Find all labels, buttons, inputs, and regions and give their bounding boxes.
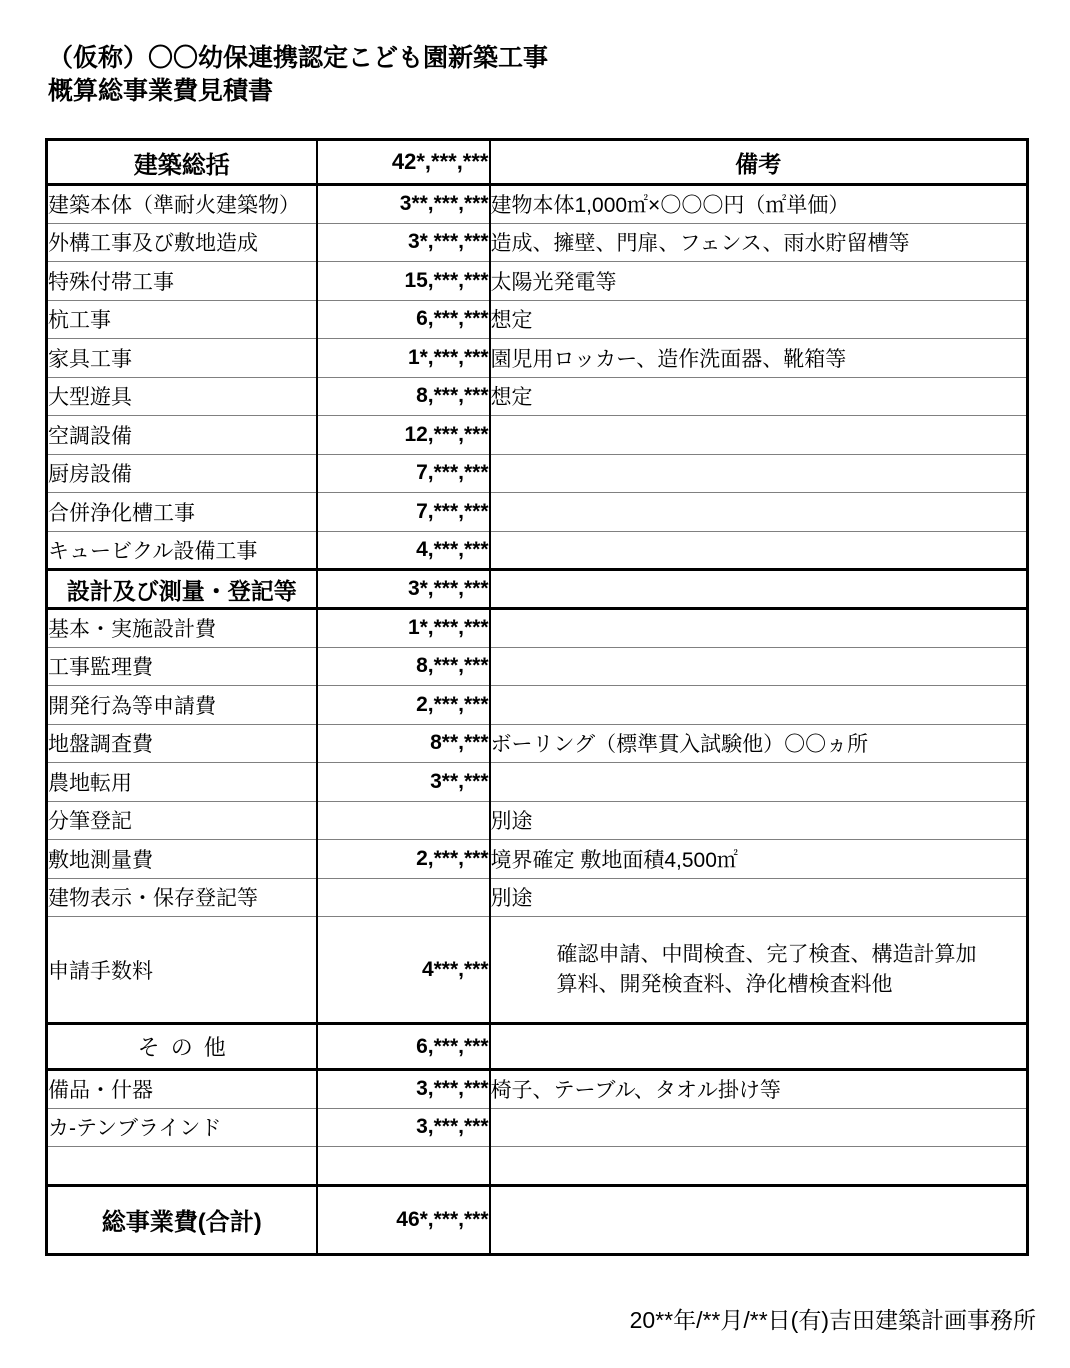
estimate-table-body: 建築総括42*,***,***備考建築本体（準耐火建築物）3**,***,***… — [47, 140, 1028, 1255]
item-name-cell: 基本・実施設計費 — [47, 609, 317, 648]
remark-cell — [490, 416, 1028, 455]
amount-cell: 1*,***,*** — [317, 609, 490, 648]
item-name-cell: 分筆登記 — [47, 801, 317, 840]
amount-cell: 7,***,*** — [317, 454, 490, 493]
table-row: 家具工事1*,***,***園児用ロッカー、造作洗面器、靴箱等 — [47, 339, 1028, 378]
table-row: 開発行為等申請費2,***,*** — [47, 686, 1028, 725]
amount-cell: 8,***,*** — [317, 377, 490, 416]
item-name-cell: 空調設備 — [47, 416, 317, 455]
amount-cell: 4***,*** — [317, 917, 490, 1024]
remark-cell: 建物本体1,000㎡×〇〇〇円（㎡単価） — [490, 185, 1028, 224]
amount-cell: 3*,***,*** — [317, 570, 490, 609]
table-row: 農地転用3**,*** — [47, 763, 1028, 802]
remark-cell — [490, 1024, 1028, 1070]
remark-cell: 想定 — [490, 377, 1028, 416]
item-name-cell — [47, 1147, 317, 1186]
item-name-cell: 大型遊具 — [47, 377, 317, 416]
amount-cell: 6,***,*** — [317, 300, 490, 339]
amount-cell: 3,***,*** — [317, 1108, 490, 1147]
remark-cell — [490, 647, 1028, 686]
remark-cell — [490, 570, 1028, 609]
item-name-cell: 建物表示・保存登記等 — [47, 878, 317, 917]
amount-cell — [317, 878, 490, 917]
estimate-table: 建築総括42*,***,***備考建築本体（準耐火建築物）3**,***,***… — [45, 138, 1029, 1256]
amount-cell: 15,***,*** — [317, 262, 490, 301]
table-row: 外構工事及び敷地造成3*,***,***造成、擁壁、門扉、フェンス、雨水貯留槽等 — [47, 223, 1028, 262]
page-title: （仮称）〇〇幼保連携認定こども園新築工事 — [48, 42, 548, 75]
item-name-cell: 農地転用 — [47, 763, 317, 802]
table-row: カ-テンブラインド3,***,*** — [47, 1108, 1028, 1147]
item-name-cell: 設計及び測量・登記等 — [47, 570, 317, 609]
item-name-cell: 地盤調査費 — [47, 724, 317, 763]
item-name-cell: その他 — [47, 1024, 317, 1070]
item-name-cell: 建築総括 — [47, 140, 317, 185]
remark-cell: 境界確定 敷地面積4,500㎡ — [490, 840, 1028, 879]
item-name-cell: 開発行為等申請費 — [47, 686, 317, 725]
item-name-cell: 合併浄化槽工事 — [47, 493, 317, 532]
item-name-cell: 総事業費(合計) — [47, 1185, 317, 1254]
remark-cell — [490, 1147, 1028, 1186]
table-row: 基本・実施設計費1*,***,*** — [47, 609, 1028, 648]
item-name-cell: 建築本体（準耐火建築物） — [47, 185, 317, 224]
remark-cell — [490, 1185, 1028, 1254]
amount-cell: 42*,***,*** — [317, 140, 490, 185]
amount-cell: 4,***,*** — [317, 531, 490, 570]
remark-cell: 太陽光発電等 — [490, 262, 1028, 301]
item-name-cell: 厨房設備 — [47, 454, 317, 493]
table-row: 申請手数料4***,***確認申請、中間検査、完了検査、構造計算加算料、開発検査… — [47, 917, 1028, 1024]
remark-cell: 園児用ロッカー、造作洗面器、靴箱等 — [490, 339, 1028, 378]
amount-cell: 1*,***,*** — [317, 339, 490, 378]
item-name-cell: 備品・什器 — [47, 1070, 317, 1109]
table-row: 合併浄化槽工事7,***,*** — [47, 493, 1028, 532]
amount-cell: 46*,***,*** — [317, 1185, 490, 1254]
table-row: 空調設備12,***,*** — [47, 416, 1028, 455]
amount-cell: 8,***,*** — [317, 647, 490, 686]
table-row: キュービクル設備工事4,***,*** — [47, 531, 1028, 570]
table-row: 地盤調査費8**,***ボーリング（標準貫入試験他）〇〇ヵ所 — [47, 724, 1028, 763]
table-row: 敷地測量費2,***,***境界確定 敷地面積4,500㎡ — [47, 840, 1028, 879]
document-title-block: （仮称）〇〇幼保連携認定こども園新築工事 概算総事業費見積書 — [48, 42, 548, 108]
item-name-cell: 申請手数料 — [47, 917, 317, 1024]
amount-cell: 12,***,*** — [317, 416, 490, 455]
footer-date-company: 20**年/**月/**日(有)吉田建築計画事務所 — [630, 1302, 1036, 1335]
remark-cell — [490, 609, 1028, 648]
table-row — [47, 1147, 1028, 1186]
amount-cell: 7,***,*** — [317, 493, 490, 532]
remark-cell — [490, 763, 1028, 802]
page-subtitle: 概算総事業費見積書 — [48, 75, 548, 108]
item-name-cell: 家具工事 — [47, 339, 317, 378]
table-row: 大型遊具8,***,***想定 — [47, 377, 1028, 416]
item-name-cell: 外構工事及び敷地造成 — [47, 223, 317, 262]
amount-cell — [317, 801, 490, 840]
table-row: 杭工事6,***,***想定 — [47, 300, 1028, 339]
remark-cell: ボーリング（標準貫入試験他）〇〇ヵ所 — [490, 724, 1028, 763]
item-name-cell: カ-テンブラインド — [47, 1108, 317, 1147]
remark-cell: 別途 — [490, 801, 1028, 840]
remark-cell — [490, 686, 1028, 725]
remark-cell: 確認申請、中間検査、完了検査、構造計算加算料、開発検査料、浄化槽検査料他 — [490, 917, 1028, 1024]
table-row: 設計及び測量・登記等3*,***,*** — [47, 570, 1028, 609]
table-row: 特殊付帯工事15,***,***太陽光発電等 — [47, 262, 1028, 301]
table-row: その他6,***,*** — [47, 1024, 1028, 1070]
amount-cell: 6,***,*** — [317, 1024, 490, 1070]
amount-cell: 8**,*** — [317, 724, 490, 763]
item-name-cell: 敷地測量費 — [47, 840, 317, 879]
remark-cell — [490, 1108, 1028, 1147]
remark-cell: 椅子、テーブル、タオル掛け等 — [490, 1070, 1028, 1109]
item-name-cell: 杭工事 — [47, 300, 317, 339]
remark-cell — [490, 454, 1028, 493]
remark-cell — [490, 493, 1028, 532]
table-row: 建物表示・保存登記等別途 — [47, 878, 1028, 917]
remark-cell: 造成、擁壁、門扉、フェンス、雨水貯留槽等 — [490, 223, 1028, 262]
table-row: 分筆登記別途 — [47, 801, 1028, 840]
amount-cell — [317, 1147, 490, 1186]
amount-cell: 3*,***,*** — [317, 223, 490, 262]
table-row: 総事業費(合計)46*,***,*** — [47, 1185, 1028, 1254]
table-row: 建築総括42*,***,***備考 — [47, 140, 1028, 185]
item-name-cell: キュービクル設備工事 — [47, 531, 317, 570]
table-row: 建築本体（準耐火建築物）3**,***,***建物本体1,000㎡×〇〇〇円（㎡… — [47, 185, 1028, 224]
amount-cell: 2,***,*** — [317, 840, 490, 879]
table-row: 備品・什器3,***,***椅子、テーブル、タオル掛け等 — [47, 1070, 1028, 1109]
amount-cell: 3,***,*** — [317, 1070, 490, 1109]
item-name-cell: 特殊付帯工事 — [47, 262, 317, 301]
amount-cell: 3**,***,*** — [317, 185, 490, 224]
remark-cell: 別途 — [490, 878, 1028, 917]
table-row: 厨房設備7,***,*** — [47, 454, 1028, 493]
remark-cell — [490, 531, 1028, 570]
amount-cell: 3**,*** — [317, 763, 490, 802]
item-name-cell: 工事監理費 — [47, 647, 317, 686]
remark-cell: 備考 — [490, 140, 1028, 185]
amount-cell: 2,***,*** — [317, 686, 490, 725]
table-row: 工事監理費8,***,*** — [47, 647, 1028, 686]
remark-cell: 想定 — [490, 300, 1028, 339]
